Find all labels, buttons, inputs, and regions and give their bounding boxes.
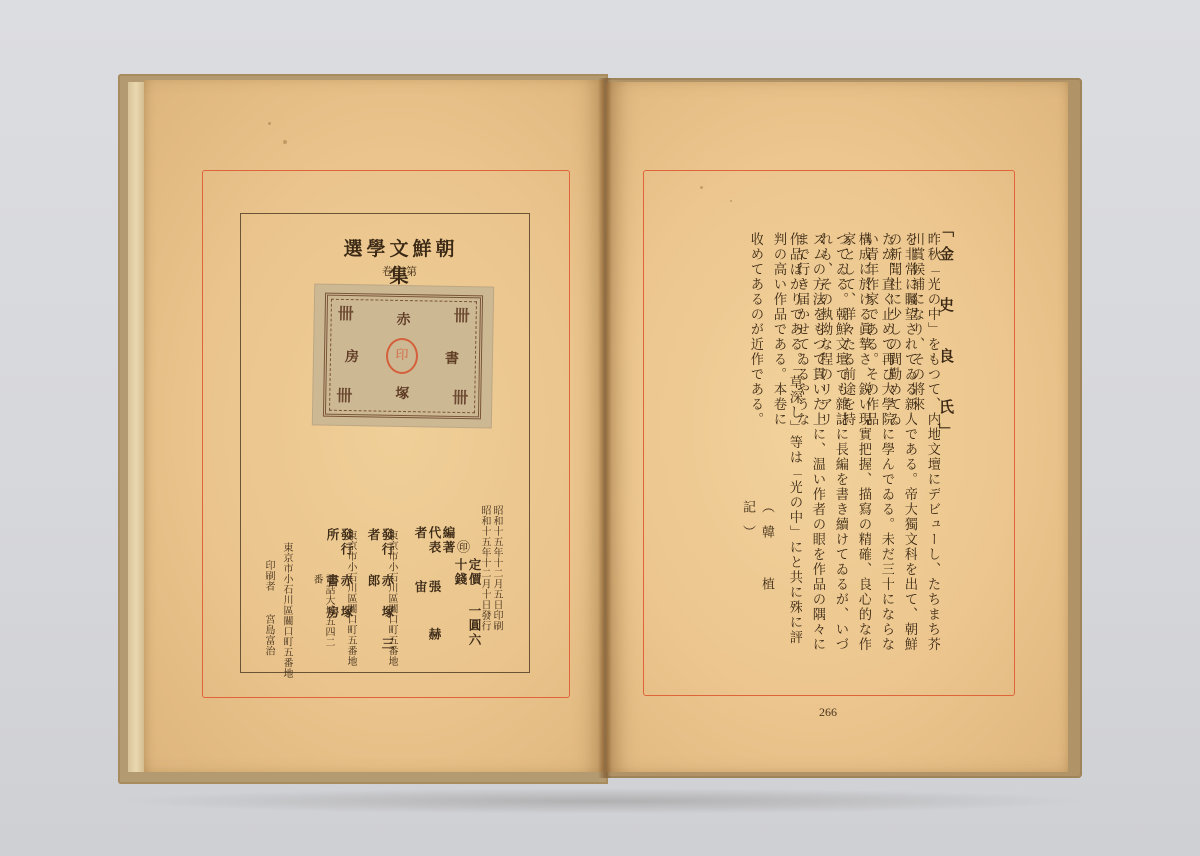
editor-label: 編著 代表者 (413, 526, 455, 566)
seal-char-right: 書 (442, 349, 462, 369)
open-book: 朝鮮文學選集 第三卷 卌 卌 卌 卌 赤 書 塚 房 印 昭和十五年十二月五日印… (0, 0, 1200, 856)
series-title: 朝鮮文學選集 (336, 234, 466, 258)
printer-address: 東京市小石川區關口町五番地 (280, 542, 292, 682)
price: 定價 一圓六十錢 (453, 558, 481, 658)
publisher-seal-label: 卌 卌 卌 卌 赤 書 塚 房 印 (313, 284, 493, 427)
price-mark: ㊞ (455, 540, 467, 554)
seal-corner-ornament: 卌 (333, 385, 355, 407)
seal-corner-ornament: 卌 (451, 305, 473, 327)
publisher-label: 發行者 (366, 528, 394, 568)
foxing-speck (283, 140, 287, 144)
publisher-name: 赤 塚 三 郎 (366, 574, 394, 664)
printing-date: 昭和十五年十二月五日印刷 (490, 505, 502, 645)
issuer-phone: 電話大塚五四二番 (310, 574, 334, 654)
editor-name: 張 赫 宙 (413, 580, 441, 660)
issuer-label: 發行所 (325, 528, 353, 568)
seal-char-left: 房 (342, 347, 362, 367)
seal-char-top: 赤 (393, 310, 413, 330)
printer-name: 宮島富治 (262, 614, 274, 664)
seal-corner-ornament: 卌 (449, 387, 471, 409)
seal-corner-ornament: 卌 (335, 303, 357, 325)
signature: （韓 植 記） (738, 500, 776, 670)
foxing-speck (268, 122, 271, 125)
volume-label: 第三卷 (375, 263, 425, 279)
seal-char-bottom: 塚 (392, 384, 412, 404)
printer-label: 印刷者 (262, 560, 274, 600)
page-number: 266 (808, 705, 848, 720)
book-gutter (598, 78, 612, 778)
page-edges (128, 82, 144, 772)
